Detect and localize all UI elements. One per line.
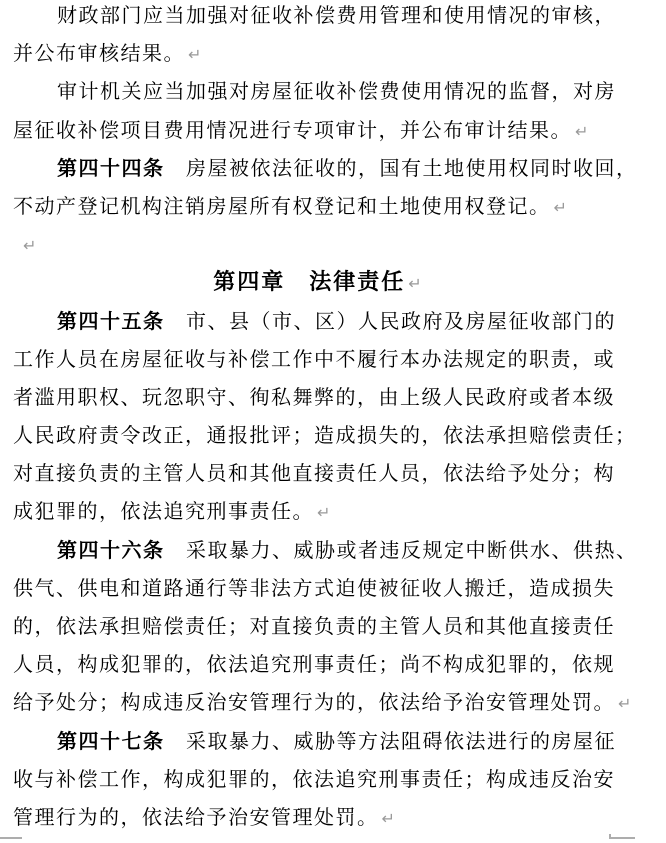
paragraph-mark-icon: ↵ <box>408 274 421 293</box>
article-number: 第四十六条 <box>57 538 165 562</box>
text-line: 收与补偿工作，构成犯罪的，依法追究刑事责任；构成违反治安 <box>13 760 622 798</box>
body-text: 给予处分；构成违反治安管理行为的，依法给予治安管理处罚。 <box>13 690 615 714</box>
text-line: 给予处分；构成违反治安管理行为的，依法给予治安管理处罚。↵ <box>13 683 622 721</box>
page-margin-mark-bottom-right-tick-icon <box>609 834 611 839</box>
body-text: 者滥用职权、玩忽职守、徇私舞弊的，由上级人民政府或者本级 <box>13 385 615 409</box>
body-text: 审计机关应当加强对房屋征收补偿费使用情况的监督，对房 <box>57 79 616 103</box>
text-line: 第四十六条 采取暴力、威胁或者违反规定中断供水、供热、 <box>13 531 622 569</box>
text-line: 屋征收补偿项目费用情况进行专项审计，并公布审计结果。↵ <box>13 111 622 149</box>
paragraph-mark-icon: ↵ <box>317 503 330 522</box>
article-number: 第四十四条 <box>57 156 165 180</box>
text-line: 工作人员在房屋征收与补偿工作中不履行本办法规定的职责，或 <box>13 340 622 378</box>
text-line: ↵ <box>13 225 622 263</box>
text-line: 第四十五条 市、县（市、区）人民政府及房屋征收部门的 <box>13 302 622 340</box>
text-line: 管理行为的，依法给予治安管理处罚。↵ <box>13 798 622 836</box>
document-body: 财政部门应当加强对征收补偿费用管理和使用情况的审核，并公布审核结果。↵审计机关应… <box>13 0 622 836</box>
body-text: 屋征收补偿项目费用情况进行专项审计，并公布审计结果。 <box>13 118 572 142</box>
text-line: 第四十四条 房屋被依法征收的，国有土地使用权同时收回， <box>13 149 622 187</box>
body-text: 收与补偿工作，构成犯罪的，依法追究刑事责任；构成违反治安 <box>13 767 615 791</box>
text-line: 对直接负责的主管人员和其他直接责任人员，依法给予处分；构 <box>13 454 622 492</box>
paragraph-mark-icon: ↵ <box>188 45 201 64</box>
paragraph-mark-icon: ↵ <box>382 809 395 828</box>
text-line: 人民政府责令改正，通报批评；造成损失的，依法承担赔偿责任； <box>13 416 622 454</box>
paragraph-mark-icon: ↵ <box>554 198 567 217</box>
body-text: 市、县（市、区）人民政府及房屋征收部门的 <box>165 309 617 333</box>
paragraph-mark-icon: ↵ <box>575 122 588 141</box>
body-text: 工作人员在房屋征收与补偿工作中不履行本办法规定的职责，或 <box>13 347 615 371</box>
chapter-heading-line: 第四章 法律责任↵ <box>13 263 622 301</box>
text-line: 者滥用职权、玩忽职守、徇私舞弊的，由上级人民政府或者本级 <box>13 378 622 416</box>
paragraph-mark-icon: ↵ <box>618 694 631 713</box>
page-margin-mark-bottom-right-icon <box>609 837 635 839</box>
body-text: 人民政府责令改正，通报批评；造成损失的，依法承担赔偿责任； <box>13 423 637 447</box>
body-text: 不动产登记机构注销房屋所有权登记和土地使用权登记。 <box>13 194 551 218</box>
text-line: 财政部门应当加强对征收补偿费用管理和使用情况的审核， <box>13 0 622 34</box>
body-text: 的，依法承担赔偿责任；对直接负责的主管人员和其他直接责任 <box>13 614 615 638</box>
text-line: 的，依法承担赔偿责任；对直接负责的主管人员和其他直接责任 <box>13 607 622 645</box>
chapter-title: 第四章 法律责任 <box>213 270 405 295</box>
text-line: 成犯罪的，依法追究刑事责任。↵ <box>13 492 622 530</box>
body-text: 管理行为的，依法给予治安管理处罚。 <box>13 805 379 829</box>
text-line: 审计机关应当加强对房屋征收补偿费使用情况的监督，对房 <box>13 72 622 110</box>
document-page: 财政部门应当加强对征收补偿费用管理和使用情况的审核，并公布审核结果。↵审计机关应… <box>0 0 666 843</box>
text-line: 第四十七条 采取暴力、威胁等方法阻碍依法进行的房屋征 <box>13 722 622 760</box>
text-line: 并公布审核结果。↵ <box>13 34 622 72</box>
page-margin-mark-bottom-left-icon <box>0 837 22 839</box>
body-text: 人员，构成犯罪的，依法追究刑事责任；尚不构成犯罪的，依规 <box>13 652 615 676</box>
text-line: 供气、供电和道路通行等非法方式迫使被征收人搬迁，造成损失 <box>13 569 622 607</box>
body-text: 采取暴力、威胁等方法阻碍依法进行的房屋征 <box>165 729 617 753</box>
body-text: 并公布审核结果。 <box>13 41 185 65</box>
article-number: 第四十七条 <box>57 729 165 753</box>
body-text: 供气、供电和道路通行等非法方式迫使被征收人搬迁，造成损失 <box>13 576 615 600</box>
body-text: 财政部门应当加强对征收补偿费用管理和使用情况的审核， <box>57 3 616 27</box>
body-text: 成犯罪的，依法追究刑事责任。 <box>13 499 314 523</box>
body-text: 房屋被依法征收的，国有土地使用权同时收回， <box>165 156 638 180</box>
body-text: 采取暴力、威胁或者违反规定中断供水、供热、 <box>165 538 638 562</box>
text-line: 人员，构成犯罪的，依法追究刑事责任；尚不构成犯罪的，依规 <box>13 645 622 683</box>
article-number: 第四十五条 <box>57 309 165 333</box>
body-text: 对直接负责的主管人员和其他直接责任人员，依法给予处分；构 <box>13 461 615 485</box>
paragraph-mark-icon: ↵ <box>23 236 36 255</box>
text-line: 不动产登记机构注销房屋所有权登记和土地使用权登记。↵ <box>13 187 622 225</box>
